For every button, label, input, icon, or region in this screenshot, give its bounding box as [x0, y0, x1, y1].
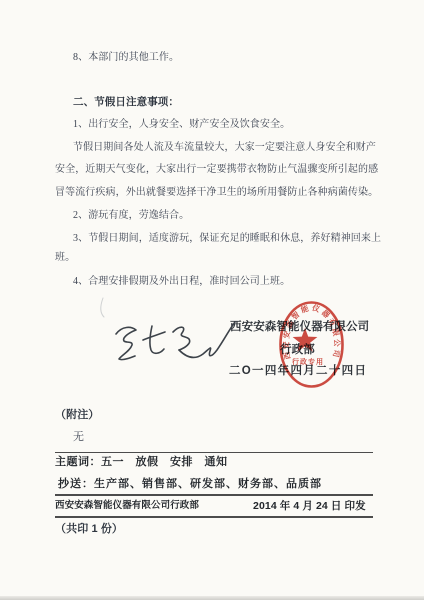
keywords-line: 主题词：五一 放假 安排 通知 [55, 455, 228, 469]
scanned-notice-page: 8、本部门的其他工作。 二、节假日注意事项： 1、出行安全，人身安全、财产安全及… [0, 0, 424, 600]
note-3-line-2: 班。 [55, 251, 75, 265]
paragraph-line-2: 安全，近期天气变化，大家出行一定要携带衣物防止气温骤变所引起的感 [55, 163, 378, 177]
footer-divider-2 [55, 494, 373, 496]
appendix-value: 无 [73, 430, 84, 444]
appendix-label: （附注） [55, 408, 99, 422]
paragraph-line-3: 冒等流行疾病，外出就餐要选择干净卫生的场所用餐防止各种病菌传染。 [55, 186, 378, 200]
issue-date: 2014 年 4 月 24 日 印发 [253, 499, 366, 513]
note-1: 1、出行安全，人身安全、财产安全及饮食安全。 [73, 118, 290, 132]
body-item-8: 8、本部门的其他工作。 [73, 51, 179, 65]
copies-count: （共印 1 份） [55, 522, 123, 536]
cc-line: 抄送：生产部、销售部、研发部、财务部、品质部 [58, 477, 322, 491]
issuer-name: 西安安森智能仪器有限公司行政部 [55, 499, 199, 513]
seal-bottom-text: 行政专用 [291, 357, 324, 366]
company-seal-stamp: 西安安森智能仪器有限公司 行政专用 [277, 299, 347, 391]
note-2: 2、游玩有度，劳逸结合。 [73, 209, 189, 223]
note-3-line-1: 3、节假日期间，适度游玩，保证充足的睡眠和休息，养好精神回来上 [73, 232, 381, 246]
handwritten-signature [95, 288, 245, 373]
paragraph-line-1: 节假日期间各处人流及车流量较大，大家一定要注意人身安全和财产 [73, 141, 376, 155]
note-4: 4、合理安排假期及外出日程，准时回公司上班。 [73, 275, 290, 289]
seal-ring-text: 西安安森智能仪器有限公司 [280, 302, 342, 361]
footer-divider-1 [55, 452, 373, 453]
section-heading: 二、节假日注意事项： [73, 95, 179, 109]
footer-divider-3 [55, 516, 373, 518]
svg-text:西安安森智能仪器有限公司: 西安安森智能仪器有限公司 [280, 302, 342, 361]
seal-star-icon [293, 328, 318, 352]
scan-bottom-edge [0, 596, 424, 600]
